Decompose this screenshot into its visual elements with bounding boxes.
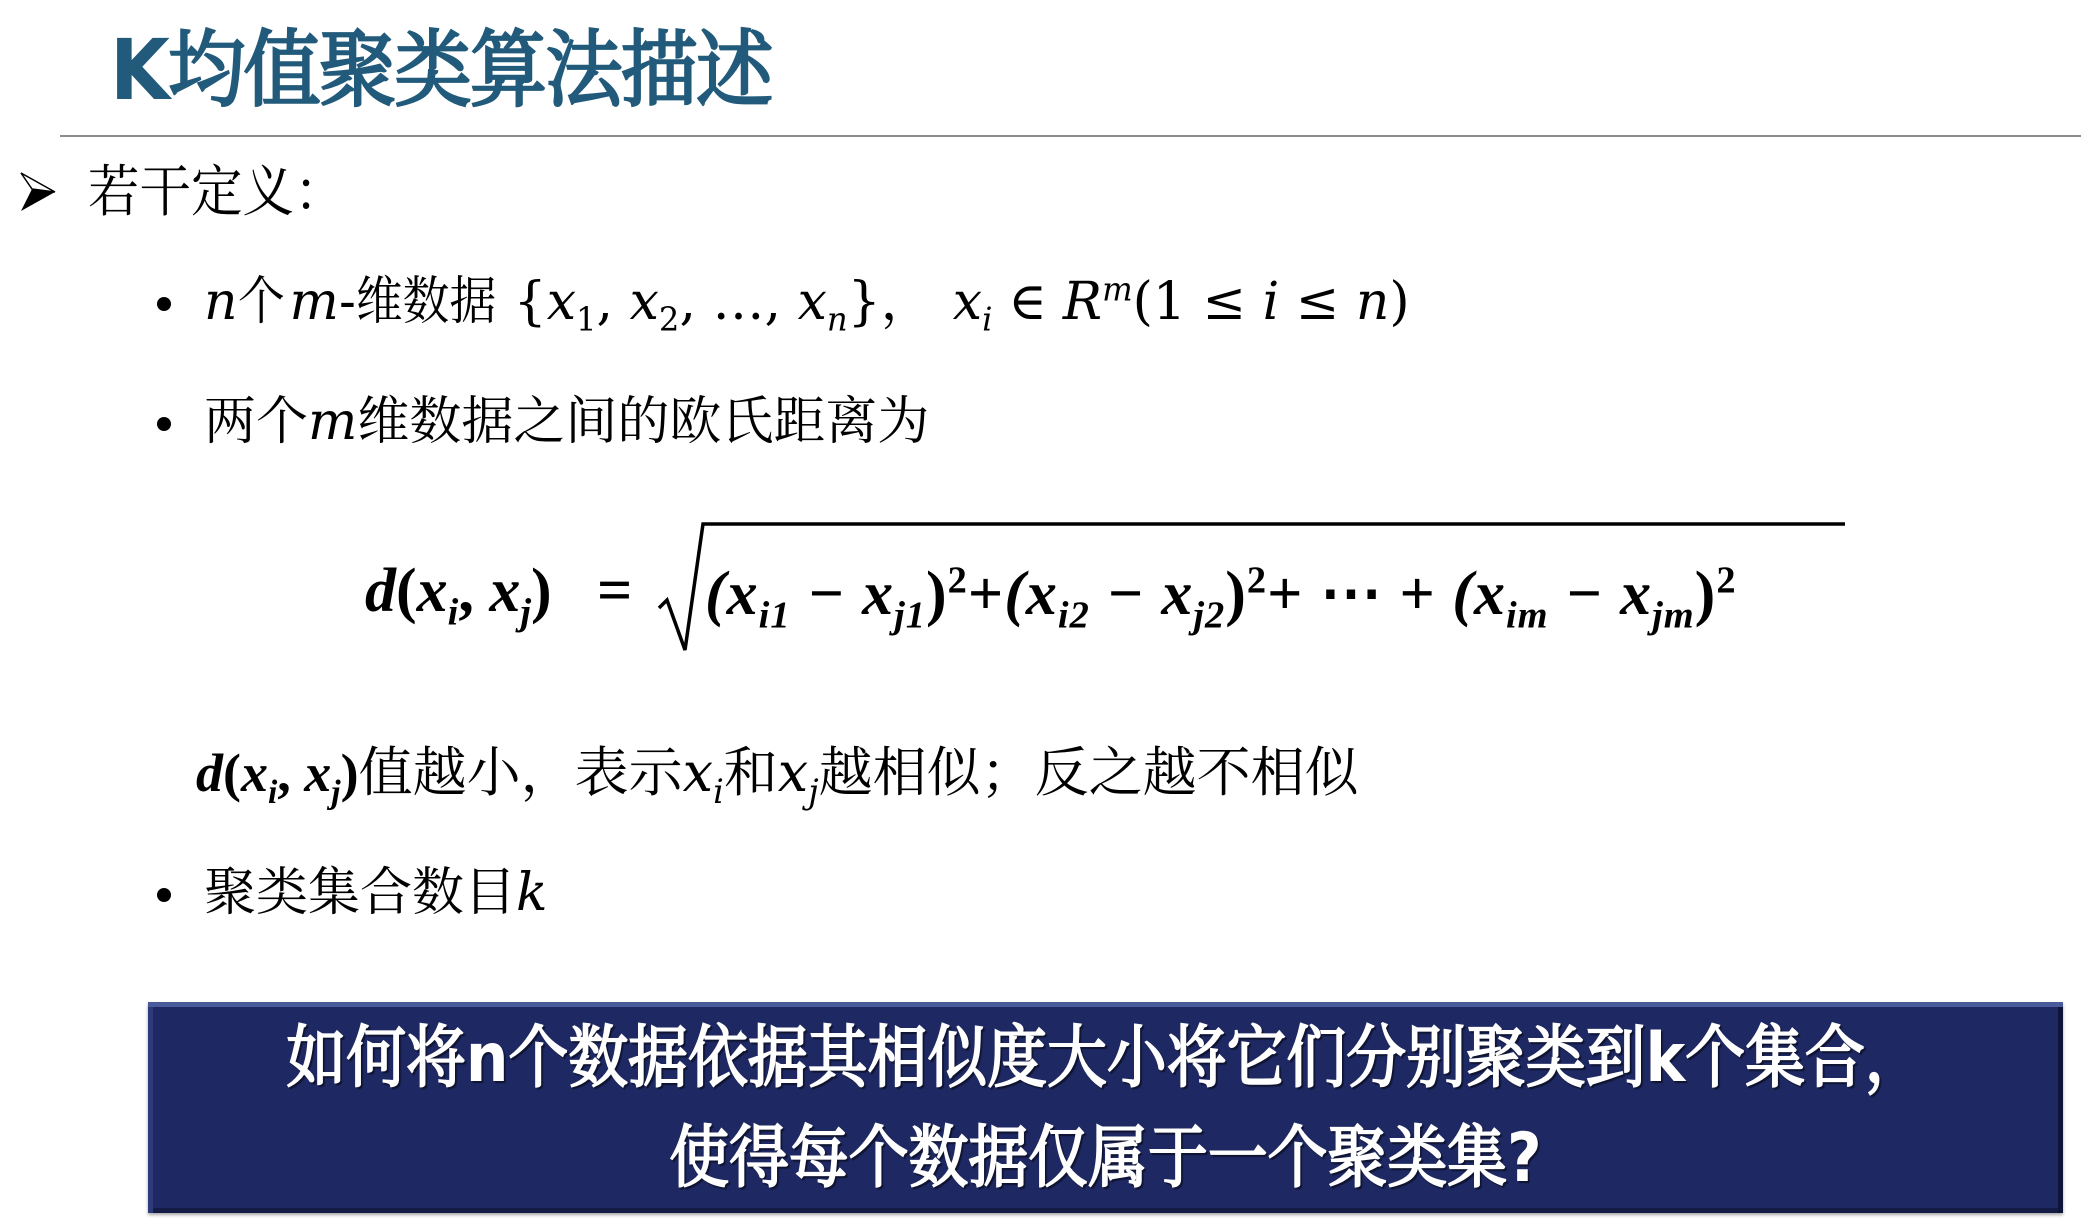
- title-divider: [60, 135, 2081, 137]
- subscript: n: [827, 300, 848, 338]
- var-x: x: [798, 272, 827, 332]
- callout-line-1: 如何将n个数据依据其相似度大小将它们分别聚类到k个集合，: [263, 1014, 1948, 1104]
- var-m: m: [308, 392, 357, 452]
- var-x: x: [630, 272, 659, 332]
- equals-sign: =: [597, 556, 632, 627]
- callout-line-2: 使得每个数据仅属于一个聚类集?: [263, 1114, 1948, 1204]
- text: 个: [238, 271, 285, 333]
- section-heading: 若干定义：: [88, 160, 346, 226]
- var-i: i: [1263, 272, 1280, 332]
- text: 两个: [204, 391, 308, 453]
- ellipsis: …: [713, 272, 765, 332]
- text: 值越小，表示: [359, 741, 683, 804]
- distance-interpretation: d(xi, xj)值越小，表示xi和xj越相似；反之越不相似: [196, 738, 1359, 808]
- brace-close: }: [848, 272, 881, 332]
- var-R: R: [1063, 272, 1102, 332]
- text: 聚类集合数目: [204, 863, 516, 923]
- euclidean-distance-formula: d(xi, xj) = (xi1 − xj1)2+(xi2 − xj2)2+ ⋯…: [365, 520, 1865, 655]
- bullet-definition-data: n个m-维数据{x1, x2, …, xn}，xi∈Rm(1 ≤ i ≤ n): [204, 271, 1410, 333]
- text: 越相似；反之越不相似: [819, 741, 1359, 804]
- text: -维数据: [339, 271, 496, 333]
- formula-rhs: (xi1 − xj1)2+(xi2 − xj2)2+ ⋯ + (xim − xj…: [705, 556, 1737, 630]
- brace-open: {: [514, 272, 547, 332]
- var-k: k: [516, 863, 548, 923]
- subscript: 1: [576, 300, 597, 338]
- bullet-dot-icon: [157, 297, 171, 311]
- superscript: m: [1102, 271, 1133, 309]
- text: 和: [724, 741, 778, 804]
- bullet-cluster-count: 聚类集合数目k: [204, 862, 548, 924]
- var-x: x: [953, 272, 982, 332]
- var-x: x: [547, 272, 576, 332]
- subscript: i: [982, 300, 992, 338]
- var-n: n: [1356, 272, 1390, 332]
- range: (1 ≤: [1133, 272, 1263, 332]
- text: 维数据之间的欧氏距离为: [357, 391, 929, 453]
- subscript: 2: [659, 300, 680, 338]
- bullet-dot-icon: [157, 417, 171, 431]
- bullet-dot-icon: [157, 888, 171, 902]
- arrow-bullet-icon: [20, 172, 56, 212]
- var-n: n: [204, 272, 238, 332]
- var-m: m: [290, 272, 339, 332]
- paren-close: ): [1389, 272, 1409, 332]
- le: ≤: [1279, 272, 1356, 332]
- formula-lhs: d(xi, xj): [365, 556, 552, 627]
- element-of: ∈: [1008, 272, 1047, 332]
- bullet-euclidean-distance: 两个m维数据之间的欧氏距离为: [204, 391, 929, 453]
- slide-title: K均值聚类算法描述: [110, 22, 772, 118]
- callout-question-box: 如何将n个数据依据其相似度大小将它们分别聚类到k个集合， 使得每个数据仅属于一个…: [148, 1002, 2063, 1213]
- comma: ，: [881, 272, 933, 332]
